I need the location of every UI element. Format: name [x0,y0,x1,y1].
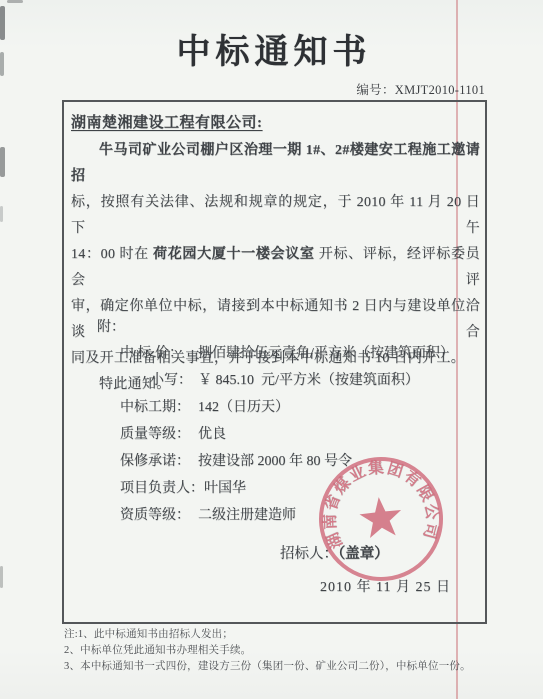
field-label: 资质等级： [120,504,198,524]
footer-note: 2、中标单位凭此通知书办理相关手续。 [64,643,471,659]
construction-period-row: 中标工期：142（日历天） [120,396,454,416]
document-number-label: 编号： [356,83,394,97]
bid-price-row: 中 标 价：捌佰肆拾伍元壹角/平方米（按建筑面积） [120,342,454,362]
paragraph-line: 14：00 时在 荷花园大厦十一楼会议室 开标、评标，经评标委员会评 [71,242,480,294]
field-value: 142（日历天） [198,400,289,415]
document-number-value: XMJT2010-1101 [395,83,485,97]
document-title: 中标通知书 [0,24,543,73]
seal-star-icon [358,495,404,539]
venue-name: 荷花园大厦十一楼会议室 [153,247,315,262]
company-seal: 湖南省煤业集团有限公司 [303,441,459,597]
field-label: 中 标 价： [120,342,198,362]
scan-artifact [0,566,3,588]
document-number: 编号：XMJT2010-1101 [356,80,485,98]
field-value: 捌佰肆拾伍元壹角/平方米（按建筑面积） [198,346,454,361]
paragraph-line: 牛马司矿业公司棚户区治理一期 1#、2#楼建安工程施工邀请招 [71,138,480,190]
field-label: 项目负责人： [120,477,204,497]
field-value: 优良 [198,427,226,442]
scan-artifact [0,206,3,222]
footer-note: 3、本中标通知书一式四份，建设方三份（集团一份、矿业公司二份），中标单位一份。 [64,659,471,675]
notice-body-box: 湖南楚湘建设工程有限公司: 牛马司矿业公司棚户区治理一期 1#、2#楼建安工程施… [62,100,487,624]
field-value: 叶国华 [204,481,246,496]
attachment-heading: 附： [97,316,454,336]
paragraph-text: 14：00 时在 [71,247,153,262]
field-label: 质量等级： [120,423,198,443]
footer-notes: 注:1、此中标通知书由招标人发出； 2、中标单位凭此通知书办理相关手续。 3、本… [64,627,471,675]
field-label: 小写： [150,369,198,389]
field-value: 二级注册建造师 [198,508,296,523]
footer-note: 注:1、此中标通知书由招标人发出； [64,627,471,643]
quality-grade-row: 质量等级：优良 [120,423,454,443]
bid-price-numeric-row: 小写：￥ 845.10 元/平方米（按建筑面积） [120,369,454,389]
field-label: 中标工期： [120,396,198,416]
scan-artifact [0,147,5,177]
scan-artifact [7,0,23,3]
field-label: 保修承诺： [120,450,198,470]
scanned-notice-page: 中标通知书 编号：XMJT2010-1101 湖南楚湘建设工程有限公司: 牛马司… [0,0,543,699]
paragraph-line: 标，按照有关法律、法规和规章的规定，于 2010 年 11 月 20 日下午 [71,190,480,242]
project-name: 牛马司矿业公司棚户区治理一期 1#、2#楼建安工程施工邀请招 [71,143,480,184]
field-value: ￥ 845.10 元/平方米（按建筑面积） [198,373,419,388]
recipient-company: 湖南楚湘建设工程有限公司: [71,111,263,132]
